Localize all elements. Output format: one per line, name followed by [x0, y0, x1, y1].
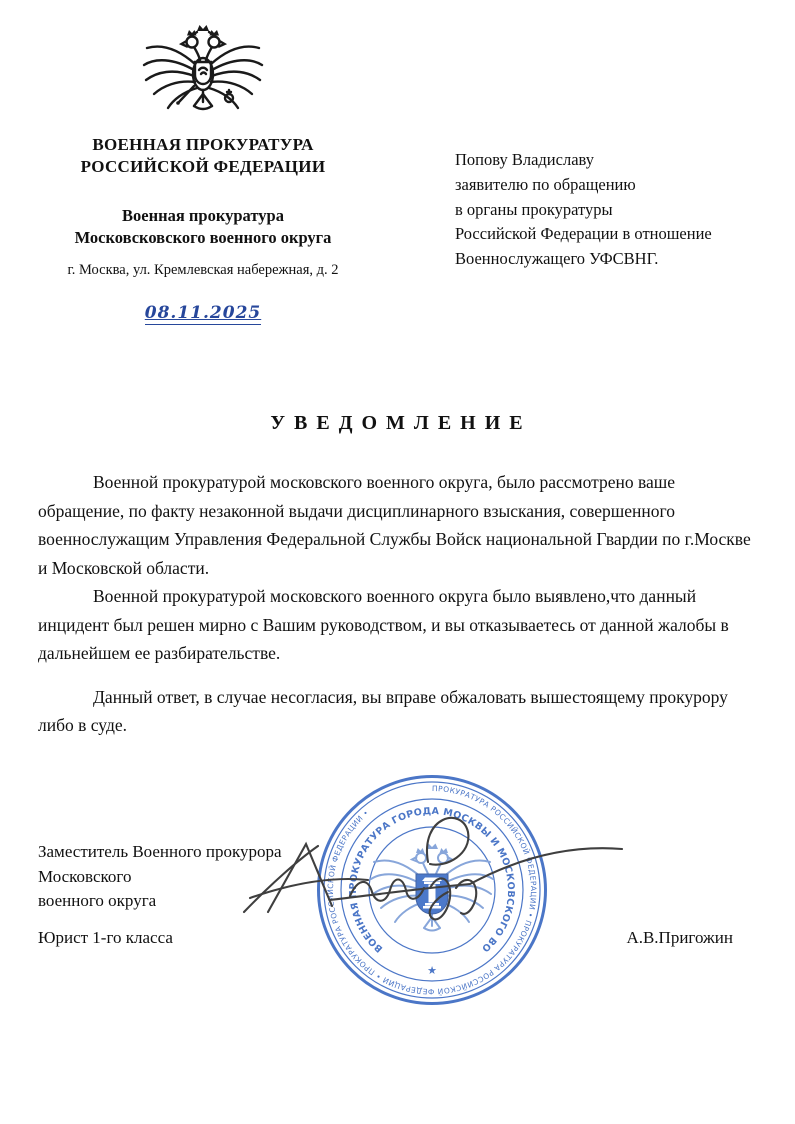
- unit-name-line1: Военная прокуратура: [38, 205, 368, 227]
- stamp-star: ★: [427, 964, 437, 977]
- body-paragraph-1: Военной прокуратурой московского военног…: [38, 468, 758, 582]
- letterhead: ВОЕННАЯ ПРОКУРАТУРА РОССИЙСКОЙ ФЕДЕРАЦИИ…: [38, 22, 368, 325]
- org-name: ВОЕННАЯ ПРОКУРАТУРА РОССИЙСКОЙ ФЕДЕРАЦИИ: [38, 134, 368, 179]
- document-page: ВОЕННАЯ ПРОКУРАТУРА РОССИЙСКОЙ ФЕДЕРАЦИИ…: [0, 0, 795, 1124]
- recipient-line: Военнослужащего УФСВНГ.: [455, 247, 755, 272]
- signatory-position-line2: Московского: [38, 865, 282, 890]
- stamp-eagle-crowns: [416, 844, 448, 854]
- document-title: У В Е Д О М Л Е Н И Е: [0, 412, 795, 435]
- unit-name: Военная прокуратура Московсковского воен…: [38, 205, 368, 250]
- handwritten-date: 08.11.2025: [145, 303, 261, 325]
- recipient-line: заявителю по обращению: [455, 173, 755, 198]
- signatory-position-line1: Заместитель Военного прокурора: [38, 840, 282, 865]
- recipient-line: Попову Владиславу: [455, 148, 755, 173]
- org-name-line2: РОССИЙСКОЙ ФЕДЕРАЦИИ: [38, 156, 368, 178]
- recipient-line: в органы прокуратуры: [455, 198, 755, 223]
- coat-of-arms-russia-icon: [137, 22, 269, 128]
- signatory-rank: Юрист 1-го класса: [38, 928, 173, 948]
- stamp-shield-column: [416, 874, 448, 914]
- signatory-position-line3: военного округа: [38, 889, 282, 914]
- recipient-block: Попову Владиславу заявителю по обращению…: [455, 148, 755, 272]
- signatory-position: Заместитель Военного прокурора Московско…: [38, 840, 282, 914]
- signatory-name: А.В.Пригожин: [626, 928, 733, 948]
- stamp-inner-ring-text: ВОЕННАЯ ПРОКУРАТУРА ГОРОДА МОСКВЫ И МОСК…: [312, 770, 516, 954]
- office-address: г. Москва, ул. Кремлевская набережная, д…: [38, 262, 368, 279]
- unit-name-line2: Московсковского военного округа: [38, 227, 368, 249]
- org-name-line1: ВОЕННАЯ ПРОКУРАТУРА: [38, 134, 368, 156]
- official-stamp: ПРОКУРАТУРА РОССИЙСКОЙ ФЕДЕРАЦИИ • ПРОКУ…: [312, 770, 552, 1010]
- recipient-line: Российской Федерации в отношение: [455, 222, 755, 247]
- svg-text:ВОЕННАЯ ПРОКУРАТУРА ГОРОДА МОС: ВОЕННАЯ ПРОКУРАТУРА ГОРОДА МОСКВЫ И МОСК…: [312, 770, 516, 954]
- body-paragraph-3: Данный ответ, в случае несогласия, вы вп…: [38, 683, 758, 740]
- document-body: Военной прокуратурой московского военног…: [38, 468, 758, 740]
- body-paragraph-2: Военной прокуратурой московского военног…: [38, 582, 758, 668]
